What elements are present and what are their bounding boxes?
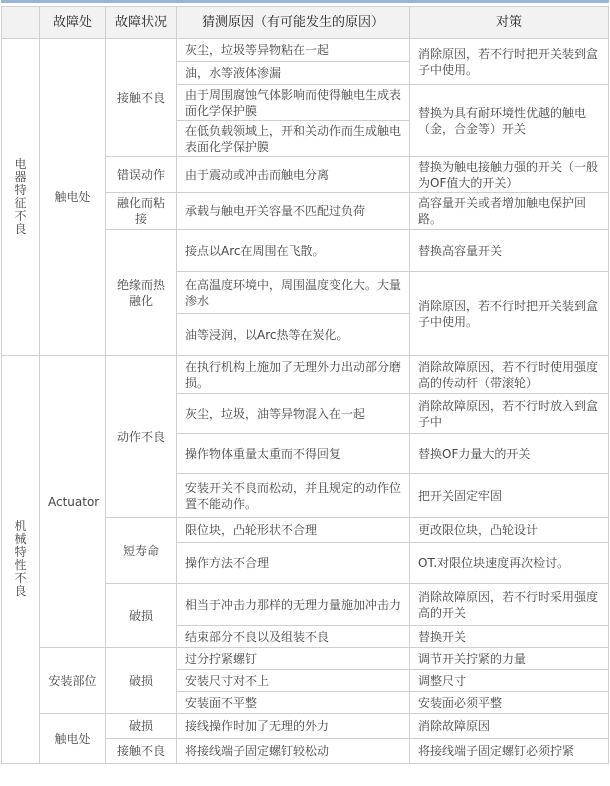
location-cell: 触电处 — [40, 39, 106, 356]
cause-cell: 安装开关不良而松动，并且规定的动作位置不能动作。 — [177, 474, 410, 518]
cause-cell: 在执行机构上施加了无理外力出动部分磨损。 — [177, 356, 410, 394]
status-cell: 破损 — [106, 714, 177, 739]
cause-cell: 操作方法不合理 — [177, 543, 410, 584]
status-cell: 错误动作 — [106, 157, 177, 193]
remedy-cell: 替换OF力量大的开关 — [410, 434, 609, 474]
cause-cell: 在低负载领域上，开和关动作而生成触电表面化学保护膜 — [177, 121, 410, 157]
remedy-cell: 消除原因，若不行时把开关装到盒子中使用。 — [410, 39, 609, 85]
cause-cell: 安装尺寸对不上 — [177, 670, 410, 692]
remedy-cell: 消除原因，若不行时把开关装到盒子中使用。 — [410, 272, 609, 356]
cause-cell: 安装面不平整 — [177, 692, 410, 714]
remedy-cell: 把开关固定牢固 — [410, 474, 609, 518]
category-cell: 电器特征不良 — [2, 39, 40, 356]
table-row: 机械特性不良 Actuator 动作不良 在执行机构上施加了无理外力出动部分磨损… — [2, 356, 609, 394]
cause-cell: 将接线端子固定螺钉较松动 — [177, 739, 410, 764]
remedy-cell: 安装面必须平整 — [410, 692, 609, 714]
header-status: 故障状况 — [106, 7, 177, 39]
cause-cell: 油等浸润，以Arc热等在炭化。 — [177, 314, 410, 356]
cause-cell: 油，水等液体渗漏 — [177, 62, 410, 85]
cause-cell: 由于震动或冲击而触电分离 — [177, 157, 410, 193]
remedy-cell: 消除故障原因，若不行时使用强度高的传动杆（带滚轮） — [410, 356, 609, 394]
location-cell: 触电处 — [40, 714, 106, 764]
status-cell: 融化而粘接 — [106, 193, 177, 230]
cause-cell: 接点以Arc在周围在飞散。 — [177, 230, 410, 272]
cause-cell: 接线操作时加了无理的外力 — [177, 714, 410, 739]
remedy-cell: 将接线端子固定螺钉必须拧紧 — [410, 739, 609, 764]
remedy-cell: 调节开关拧紧的力量 — [410, 648, 609, 670]
location-cell: 安装部位 — [40, 648, 106, 714]
remedy-cell: 调整尺寸 — [410, 670, 609, 692]
remedy-cell: 更改限位块，凸轮设计 — [410, 518, 609, 543]
location-cell: Actuator — [40, 356, 106, 648]
fault-table-container: 故障处 故障状况 猜测原因（有可能发生的原因） 对策 电器特征不良 触电处 接触… — [1, 0, 609, 764]
fault-table: 故障处 故障状况 猜测原因（有可能发生的原因） 对策 电器特征不良 触电处 接触… — [1, 6, 609, 764]
remedy-cell: 高容量开关或者增加触电保护回路。 — [410, 193, 609, 230]
status-cell: 接触不良 — [106, 39, 177, 157]
remedy-cell: 消除故障原因，若不行时采用强度高的开关 — [410, 584, 609, 626]
header-remedy: 对策 — [410, 7, 609, 39]
header-category — [2, 7, 40, 39]
remedy-cell: 替换高容量开关 — [410, 230, 609, 272]
cause-cell: 灰尘，垃圾，油等异物混入在一起 — [177, 394, 410, 434]
remedy-cell: 替换开关 — [410, 626, 609, 648]
remedy-cell: 消除故障原因，若不行时放入到盒子中 — [410, 394, 609, 434]
status-cell: 短寿命 — [106, 518, 177, 584]
cause-cell: 承载与触电开关容量不匹配过负荷 — [177, 193, 410, 230]
cause-cell: 限位块，凸轮形状不合理 — [177, 518, 410, 543]
header-location: 故障处 — [40, 7, 106, 39]
table-row: 电器特征不良 触电处 接触不良 灰尘，垃圾等异物粘在一起 消除原因，若不行时把开… — [2, 39, 609, 62]
status-cell: 破损 — [106, 584, 177, 648]
cause-cell: 在高温度环境中，周围温度变化大。大量渗水 — [177, 272, 410, 314]
cause-cell: 相当于冲击力那样的无理力量施加冲击力 — [177, 584, 410, 626]
header-cause: 猜测原因（有可能发生的原因） — [177, 7, 410, 39]
top-divider — [1, 0, 609, 3]
table-header-row: 故障处 故障状况 猜测原因（有可能发生的原因） 对策 — [2, 7, 609, 39]
remedy-cell: OT.对限位块速度再次检讨。 — [410, 543, 609, 584]
status-cell: 破损 — [106, 648, 177, 714]
cause-cell: 过分拧紧螺钉 — [177, 648, 410, 670]
status-cell: 接触不良 — [106, 739, 177, 764]
category-cell: 机械特性不良 — [2, 356, 40, 764]
cause-cell: 操作物体重量太重而不得回复 — [177, 434, 410, 474]
remedy-cell: 替换为触电接触力强的开关（一般为OF值大的开关） — [410, 157, 609, 193]
table-row: 触电处 破损 接线操作时加了无理的外力 消除故障原因 — [2, 714, 609, 739]
status-cell: 动作不良 — [106, 356, 177, 518]
cause-cell: 结束部分不良以及组装不良 — [177, 626, 410, 648]
status-cell: 绝缘而热融化 — [106, 230, 177, 356]
cause-cell: 由于周围腐蚀气体影响而使得触电生成表面化学保护膜 — [177, 85, 410, 121]
table-row: 安装部位 破损 过分拧紧螺钉 调节开关拧紧的力量 — [2, 648, 609, 670]
cause-cell: 灰尘，垃圾等异物粘在一起 — [177, 39, 410, 62]
remedy-cell: 消除故障原因 — [410, 714, 609, 739]
remedy-cell: 替换为具有耐环境性优越的触电（金，合金等）开关 — [410, 85, 609, 157]
